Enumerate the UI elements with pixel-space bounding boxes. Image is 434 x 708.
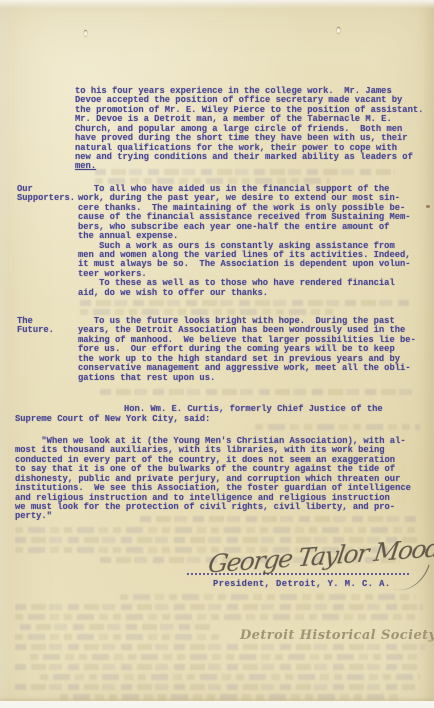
document-page: to his four years experience in the coll… xyxy=(0,0,434,708)
bleedthrough-line xyxy=(15,527,415,533)
watermark-detroit-historical-society: Detroit Historical Society xyxy=(240,628,434,643)
bleedthrough-line xyxy=(60,694,400,700)
sidehead-our-supporters: Our Supporters. xyxy=(17,185,75,204)
bleedthrough-line xyxy=(95,169,395,175)
scan-edge-top xyxy=(0,0,434,9)
paragraph-the-future: To us the future looks bright with hope.… xyxy=(78,317,416,383)
sidehead-the-future: The Future. xyxy=(17,317,54,336)
bleedthrough-line xyxy=(100,389,415,395)
quote-heading-line1: Hon. Wm. E. Curtis, formerly Chief Justi… xyxy=(124,405,383,414)
bleedthrough-line xyxy=(15,684,415,690)
paragraph-college-work: to his four years experience in the coll… xyxy=(75,87,423,162)
bleedthrough-line xyxy=(15,614,415,620)
paragraph-our-supporters: To all who have aided us in the financia… xyxy=(78,185,411,298)
bleedthrough-line xyxy=(15,634,220,640)
signature-title-line: President, Detroit, Y. M. C. A. xyxy=(213,580,391,589)
bleedthrough-line xyxy=(120,594,415,600)
paragraph-college-work-last-word: men. xyxy=(75,162,96,171)
pinhole-mark xyxy=(84,31,87,36)
quote-body: "When we look at it (the Young Men's Chr… xyxy=(15,437,411,522)
scan-edge-bottom xyxy=(0,701,434,708)
bleedthrough-line xyxy=(15,604,423,610)
bleedthrough-line xyxy=(40,674,420,680)
bleedthrough-line xyxy=(15,644,425,650)
pinhole-mark xyxy=(337,28,340,33)
bleedthrough-line xyxy=(80,309,335,315)
bleedthrough-line xyxy=(255,424,420,430)
bleedthrough-line xyxy=(15,664,420,670)
ink-speck xyxy=(426,205,430,208)
bleedthrough-line xyxy=(80,300,410,306)
bleedthrough-line xyxy=(20,624,210,630)
quote-heading-line2: Supreme Court of New York City, said: xyxy=(15,415,210,424)
bleedthrough-line xyxy=(30,654,420,660)
